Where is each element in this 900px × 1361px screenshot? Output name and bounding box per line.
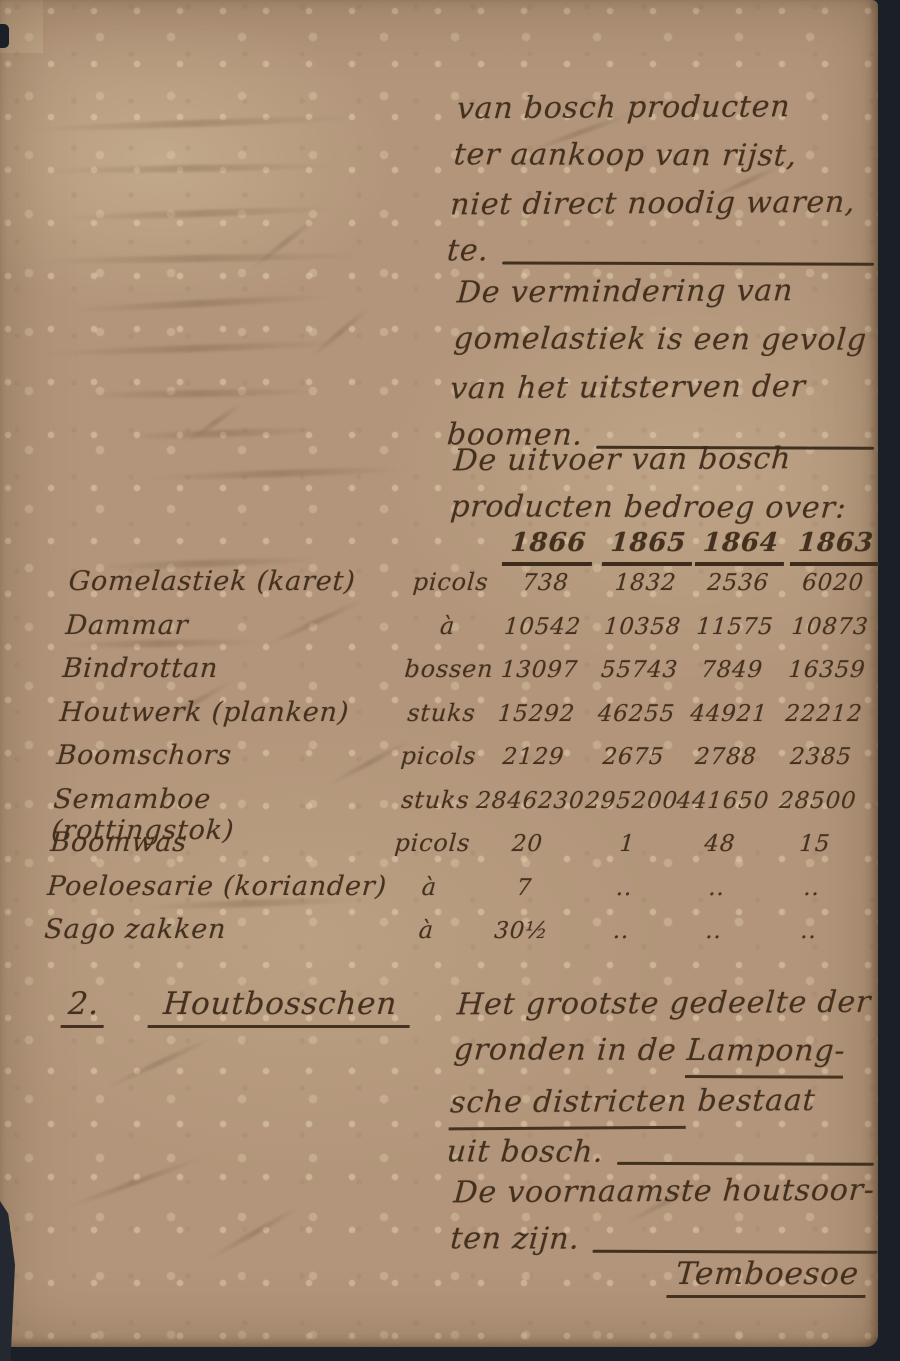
value-cell: 441650 bbox=[674, 788, 771, 814]
table-row: Boomschorspicols2129267527882385 bbox=[55, 740, 872, 784]
showthrough-smudge bbox=[80, 388, 320, 399]
value-cell: 10873 bbox=[782, 614, 879, 640]
text-line: De uitvoer van bosch bbox=[452, 435, 887, 486]
text-line: gomelastiek is een gevolg bbox=[452, 315, 887, 365]
product-label: Bindrottan bbox=[62, 653, 406, 684]
handwritten-text: sche districten bbox=[449, 1078, 689, 1130]
year-header-row: 1866186518641863 bbox=[70, 512, 888, 566]
value-cell: 28500 bbox=[769, 788, 866, 814]
product-label: Poeloesarie (koriander) bbox=[46, 871, 390, 902]
product-label: Houtwerk (planken) bbox=[59, 697, 403, 728]
unit-label: à bbox=[385, 916, 467, 944]
unit-label: à bbox=[388, 873, 470, 901]
value-cell: 15 bbox=[766, 831, 863, 857]
handwritten-text: De vermindering van bbox=[455, 267, 794, 317]
value-cell: 7849 bbox=[684, 657, 781, 683]
handwritten-text: van bosch producten bbox=[455, 83, 791, 133]
section-heading: 2. Houtbosschen bbox=[61, 986, 413, 1028]
value-cell: .. bbox=[575, 918, 667, 944]
text-line: sche districten bestaat bbox=[449, 1077, 884, 1131]
value-cell: 1832 bbox=[600, 570, 692, 596]
value-cell: 10358 bbox=[597, 614, 689, 640]
text-line: ter aankoop van rijst, bbox=[452, 131, 887, 181]
handwritten-text: Lampong- bbox=[685, 1027, 847, 1079]
year-label: 1866 bbox=[492, 528, 605, 566]
handwritten-text: Het grootste gedeelte der bbox=[456, 979, 873, 1029]
year-label: 1864 bbox=[692, 528, 790, 566]
year-text: 1866 bbox=[502, 528, 594, 566]
handwritten-text: De voornaamste houtsoor- bbox=[452, 1167, 876, 1218]
ink-rule bbox=[502, 261, 874, 265]
text-line: van bosch producten bbox=[455, 83, 890, 134]
value-cell: 30½ bbox=[465, 918, 577, 944]
value-cell: 11575 bbox=[687, 614, 784, 640]
showthrough-smudge bbox=[60, 205, 340, 222]
section-number: 2. bbox=[61, 986, 107, 1028]
showthrough-hatch bbox=[206, 1203, 304, 1262]
showthrough-hatch bbox=[248, 213, 322, 272]
showthrough-smudge bbox=[35, 252, 365, 265]
handwritten-text: ten zijn. bbox=[449, 1215, 582, 1263]
handwritten-text: niet direct noodig waren, bbox=[449, 179, 857, 229]
showthrough-hatch bbox=[64, 1154, 207, 1210]
table-row: Boomwaspicols2014815 bbox=[49, 827, 866, 871]
year-text: 1865 bbox=[602, 528, 694, 566]
text-line: Het grootste gedeelte der bbox=[456, 979, 891, 1029]
year-label: 1865 bbox=[602, 528, 695, 566]
value-cell: 48 bbox=[671, 831, 768, 857]
value-cell: 2385 bbox=[773, 744, 870, 770]
unit-label: picols bbox=[410, 568, 492, 596]
table-row: Bindrottanbossen1309755743784916359 bbox=[61, 653, 878, 697]
value-cell: 46255 bbox=[591, 701, 683, 727]
table-row: Gomelastiek (karet)picols738183225366020 bbox=[67, 566, 884, 610]
table-row: Poeloesarie (koriander)à7...... bbox=[45, 871, 862, 915]
paragraph-gomelastiek-decline: De vermindering vangomelastiek is een ge… bbox=[445, 268, 890, 460]
value-cell: 6020 bbox=[785, 570, 882, 596]
handwritten-text: ter aankoop van rijst, bbox=[452, 131, 799, 180]
unit-label: bossen bbox=[404, 655, 486, 683]
showthrough-smudge bbox=[40, 162, 340, 174]
handwritten-text: gomelastiek is een gevolg bbox=[452, 315, 869, 364]
text-line: van het uitsterven der bbox=[449, 363, 884, 414]
unit-label: à bbox=[407, 612, 489, 640]
value-cell: 7 bbox=[468, 875, 580, 901]
handwritten-text: van het uitsterven der bbox=[449, 363, 808, 413]
handwritten-text: bestaat bbox=[686, 1077, 817, 1125]
unit-label: picols bbox=[398, 742, 480, 770]
value-cell: 2536 bbox=[690, 570, 787, 596]
paragraph-lampong-forests: Het grootste gedeelte dergronden in de L… bbox=[445, 980, 891, 1176]
showthrough-hatch bbox=[185, 400, 245, 444]
year-text: 1863 bbox=[790, 528, 882, 566]
paragraph-timber-species-intro: De voornaamste houtsoor-ten zijn. bbox=[449, 1168, 888, 1264]
value-cell: 13097 bbox=[484, 657, 596, 683]
year-text: 1864 bbox=[695, 528, 787, 566]
handwritten-text: De uitvoer van bosch bbox=[452, 435, 793, 485]
value-cell: .. bbox=[668, 875, 765, 901]
value-cell: 2129 bbox=[478, 744, 590, 770]
table-row: Houtwerk (planken)stuks15292462554492122… bbox=[58, 697, 875, 741]
product-label: Boomwas bbox=[49, 827, 393, 858]
table-body: Gomelastiek (karet)picols738183225366020… bbox=[42, 566, 883, 958]
text-line: niet direct noodig waren, bbox=[449, 179, 884, 230]
table-row: Sago zakkenà30½...... bbox=[42, 914, 859, 958]
forest-products-table: 1866186518641863 Gomelastiek (karet)pico… bbox=[42, 512, 887, 958]
text-line: De vermindering van bbox=[455, 267, 890, 318]
showthrough-smudge bbox=[30, 114, 360, 133]
showthrough-hatch bbox=[105, 1035, 216, 1090]
text-line: De voornaamste houtsoor- bbox=[452, 1167, 887, 1218]
value-cell: .. bbox=[578, 875, 670, 901]
paragraph-rice-purchase: van bosch productenter aankoop van rijst… bbox=[445, 84, 890, 276]
value-cell: 22212 bbox=[776, 701, 873, 727]
value-cell: 2675 bbox=[588, 744, 680, 770]
product-label: Boomschors bbox=[55, 740, 399, 771]
showthrough-smudge bbox=[150, 465, 410, 481]
value-cell: 738 bbox=[490, 570, 602, 596]
showthrough-smudge bbox=[70, 293, 330, 314]
section-title: Houtbosschen bbox=[148, 986, 413, 1028]
product-label: Sago zakken bbox=[43, 914, 387, 945]
value-cell: 15292 bbox=[481, 701, 593, 727]
value-cell: 20 bbox=[471, 831, 583, 857]
product-label: Gomelastiek (karet) bbox=[68, 566, 412, 597]
showthrough-smudge bbox=[120, 427, 320, 441]
table-row: Semamboe (rottingstok)stuks2846230295200… bbox=[52, 784, 869, 828]
unit-label: stuks bbox=[401, 699, 483, 727]
value-cell: .. bbox=[763, 875, 860, 901]
manuscript-page: van bosch productenter aankoop van rijst… bbox=[0, 0, 878, 1347]
text-line: gronden in de Lampong- bbox=[452, 1026, 888, 1079]
ink-rule bbox=[617, 1162, 874, 1166]
unit-label: picols bbox=[391, 829, 473, 857]
species-name: Temboesoe bbox=[667, 1256, 869, 1292]
value-cell: 10542 bbox=[487, 614, 599, 640]
value-cell: 1 bbox=[581, 831, 673, 857]
value-cell: .. bbox=[760, 918, 857, 944]
value-cell: 2846230 bbox=[474, 788, 586, 814]
value-cell: 16359 bbox=[779, 657, 876, 683]
year-label: 1863 bbox=[787, 528, 885, 566]
value-cell: 55743 bbox=[594, 657, 686, 683]
showthrough-hatch bbox=[308, 305, 372, 360]
value-cell: 295200 bbox=[584, 788, 676, 814]
value-cell: 2788 bbox=[678, 744, 775, 770]
mount-edge-notch-top bbox=[0, 24, 9, 48]
unit-label: stuks bbox=[394, 786, 476, 814]
ink-rule bbox=[593, 1250, 878, 1254]
showthrough-smudge bbox=[45, 340, 345, 357]
value-cell: 44921 bbox=[681, 701, 778, 727]
handwritten-text: gronden in de bbox=[452, 1026, 688, 1074]
value-cell: .. bbox=[665, 918, 762, 944]
table-row: Dammarà10542103581157510873 bbox=[64, 610, 881, 654]
product-label: Dammar bbox=[65, 610, 409, 641]
